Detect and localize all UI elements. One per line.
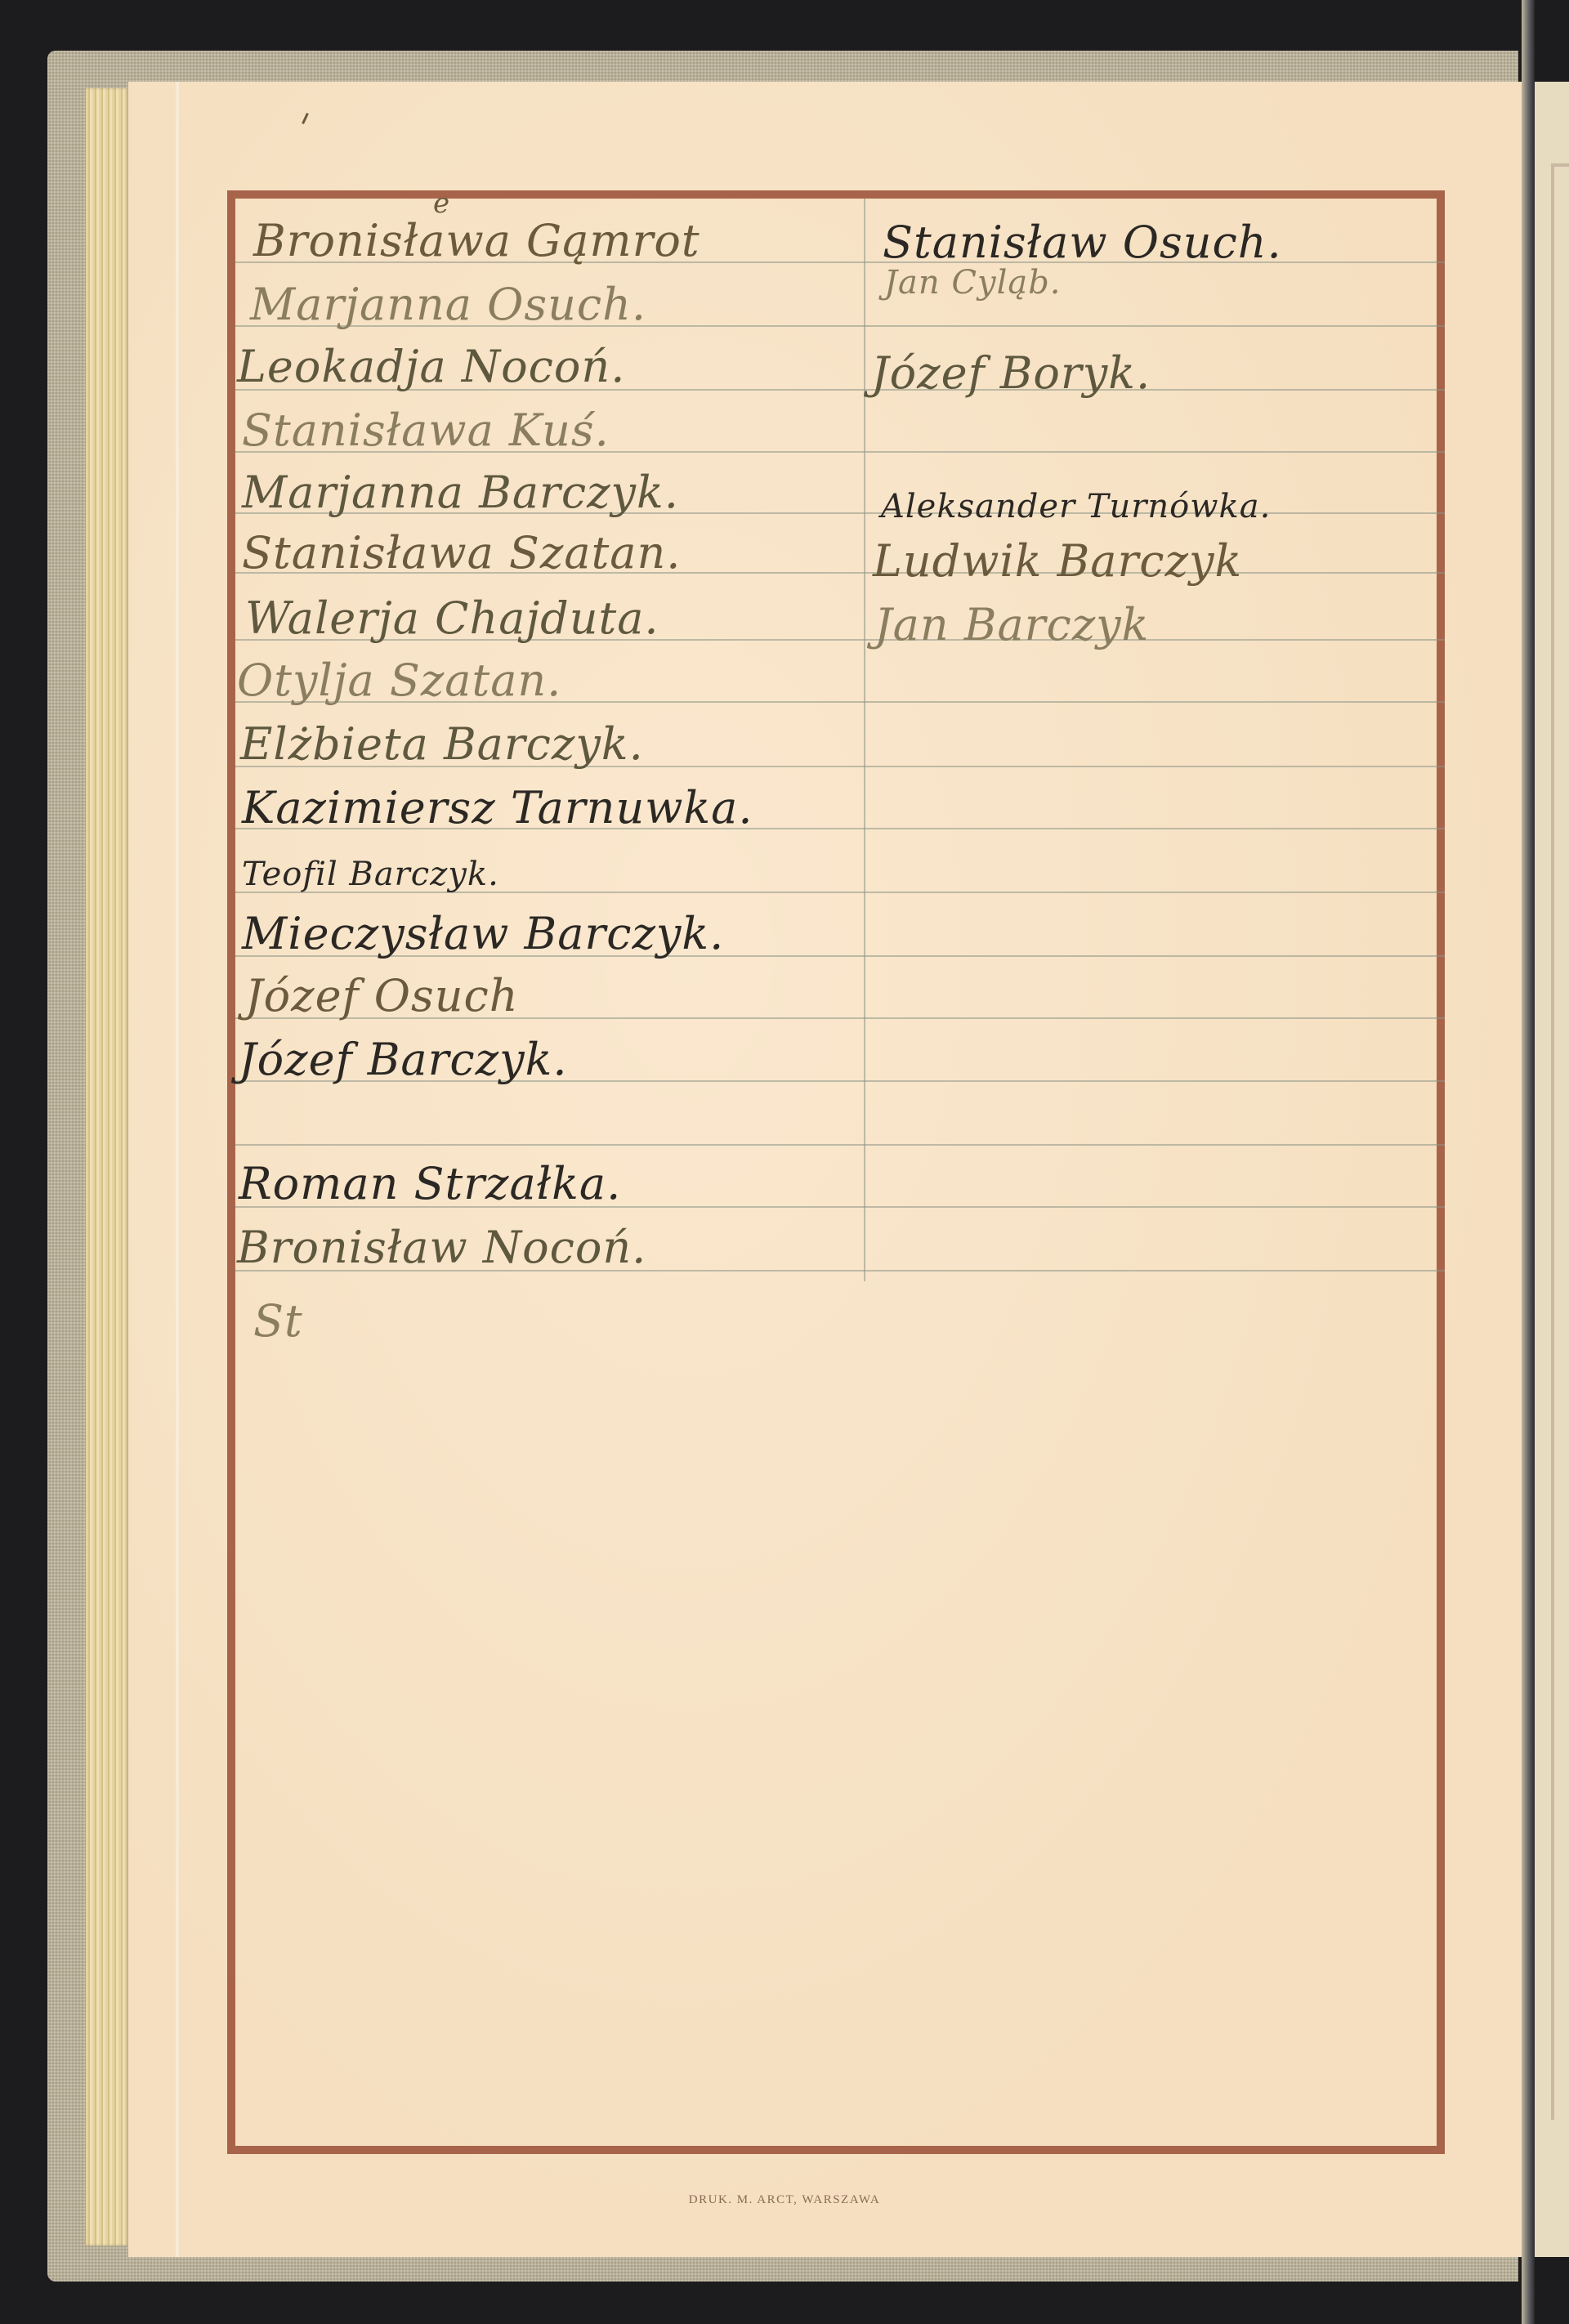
ruled-line [235, 1144, 1445, 1146]
name-entry: St [253, 1299, 303, 1343]
name-entry: Józef Osuch [245, 974, 519, 1018]
printer-imprint: DRUK. M. ARCT, WARSZAWA [0, 2193, 1569, 2207]
page-edges [86, 88, 128, 2246]
correction-annotation: e [433, 190, 450, 217]
name-entry: Marjanna Barczyk. [242, 471, 679, 515]
name-entry: Stanisław Osuch. [883, 221, 1282, 265]
page-fold-crease [176, 82, 179, 2257]
name-entry: Marjanna Osuch. [250, 283, 646, 327]
name-entry: Jan Barczyk [874, 603, 1149, 647]
name-entry: Leokadja Nocoń. [237, 345, 625, 389]
name-entry: Aleksander Turnówka. [881, 490, 1271, 523]
column-divider [864, 199, 865, 1281]
name-entry: Kazimiersz Tarnuwka. [242, 786, 753, 830]
name-entry: Elżbieta Barczyk. [240, 722, 644, 766]
name-entry: Roman Strzałka. [239, 1162, 621, 1206]
name-entry: Stanisława Kuś. [242, 409, 610, 453]
name-entry: Mieczysław Barczyk. [242, 912, 724, 956]
name-entry: Ludwik Barczyk [873, 539, 1242, 583]
name-entry: Teofil Barczyk. [242, 858, 499, 891]
name-entry: Bronisław Nocoń. [237, 1226, 646, 1270]
facing-page-frame [1551, 163, 1569, 2120]
name-entry: Józef Boryk. [871, 351, 1151, 396]
name-entry: Stanisława Szatan. [242, 531, 681, 575]
name-entry: Walerja Chajduta. [245, 597, 659, 641]
name-entry: Bronisława Gąmrot [253, 219, 700, 263]
book-gutter [1522, 0, 1535, 2324]
name-entry: Otylja Szatan. [237, 659, 561, 703]
name-entry: Józef Barczyk. [239, 1038, 568, 1082]
name-entry: Jan Cyląb. [884, 266, 1062, 299]
